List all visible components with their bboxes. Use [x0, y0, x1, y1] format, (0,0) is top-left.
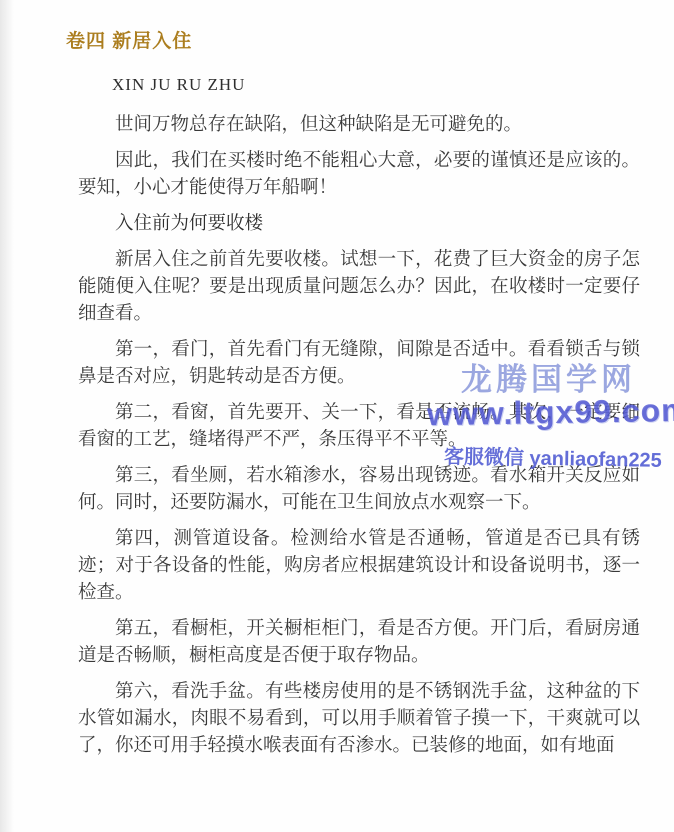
page-content: 卷四 新居入住 XIN JU RU ZHU 世间万物总存在缺陷，但这种缺陷是无可…: [0, 0, 674, 758]
paragraph: 第一，看门，首先看门有无缝隙，间隙是否适中。看看锁舌与锁鼻是否对应，钥匙转动是否…: [78, 335, 640, 389]
paragraph: 新居入住之前首先要收楼。试想一下，花费了巨大资金的房子怎能随便入住呢？要是出现质…: [78, 245, 640, 326]
chapter-title: 卷四 新居入住: [66, 30, 640, 53]
paragraph: 第二，看窗，首先要开、关一下，看是否流畅。其次，一定要细看窗的工艺，缝堵得严不严…: [78, 398, 640, 452]
paragraph: 因此，我们在买楼时绝不能粗心大意，必要的谨慎还是应该的。要知，小心才能使得万年船…: [78, 146, 640, 200]
paragraph: 第六，看洗手盆。有些楼房使用的是不锈钢洗手盆，这种盆的下水管如漏水，肉眼不易看到…: [78, 677, 640, 758]
pinyin-line: XIN JU RU ZHU: [78, 75, 640, 95]
paragraph: 第五，看橱柜，开关橱柜柜门，看是否方便。开门后，看厨房通道是否畅顺，橱柜高度是否…: [78, 614, 640, 668]
section-heading: 入住前为何要收楼: [78, 209, 640, 236]
paragraph: 世间万物总存在缺陷，但这种缺陷是无可避免的。: [78, 110, 640, 137]
book-page: 卷四 新居入住 XIN JU RU ZHU 世间万物总存在缺陷，但这种缺陷是无可…: [0, 0, 674, 832]
paragraph: 第四，测管道设备。检测给水管是否通畅，管道是否已具有锈迹；对于各设备的性能，购房…: [78, 524, 640, 605]
paragraph: 第三，看坐厕，若水箱渗水，容易出现锈迹。看水箱开关反应如何。同时，还要防漏水，可…: [78, 461, 640, 515]
